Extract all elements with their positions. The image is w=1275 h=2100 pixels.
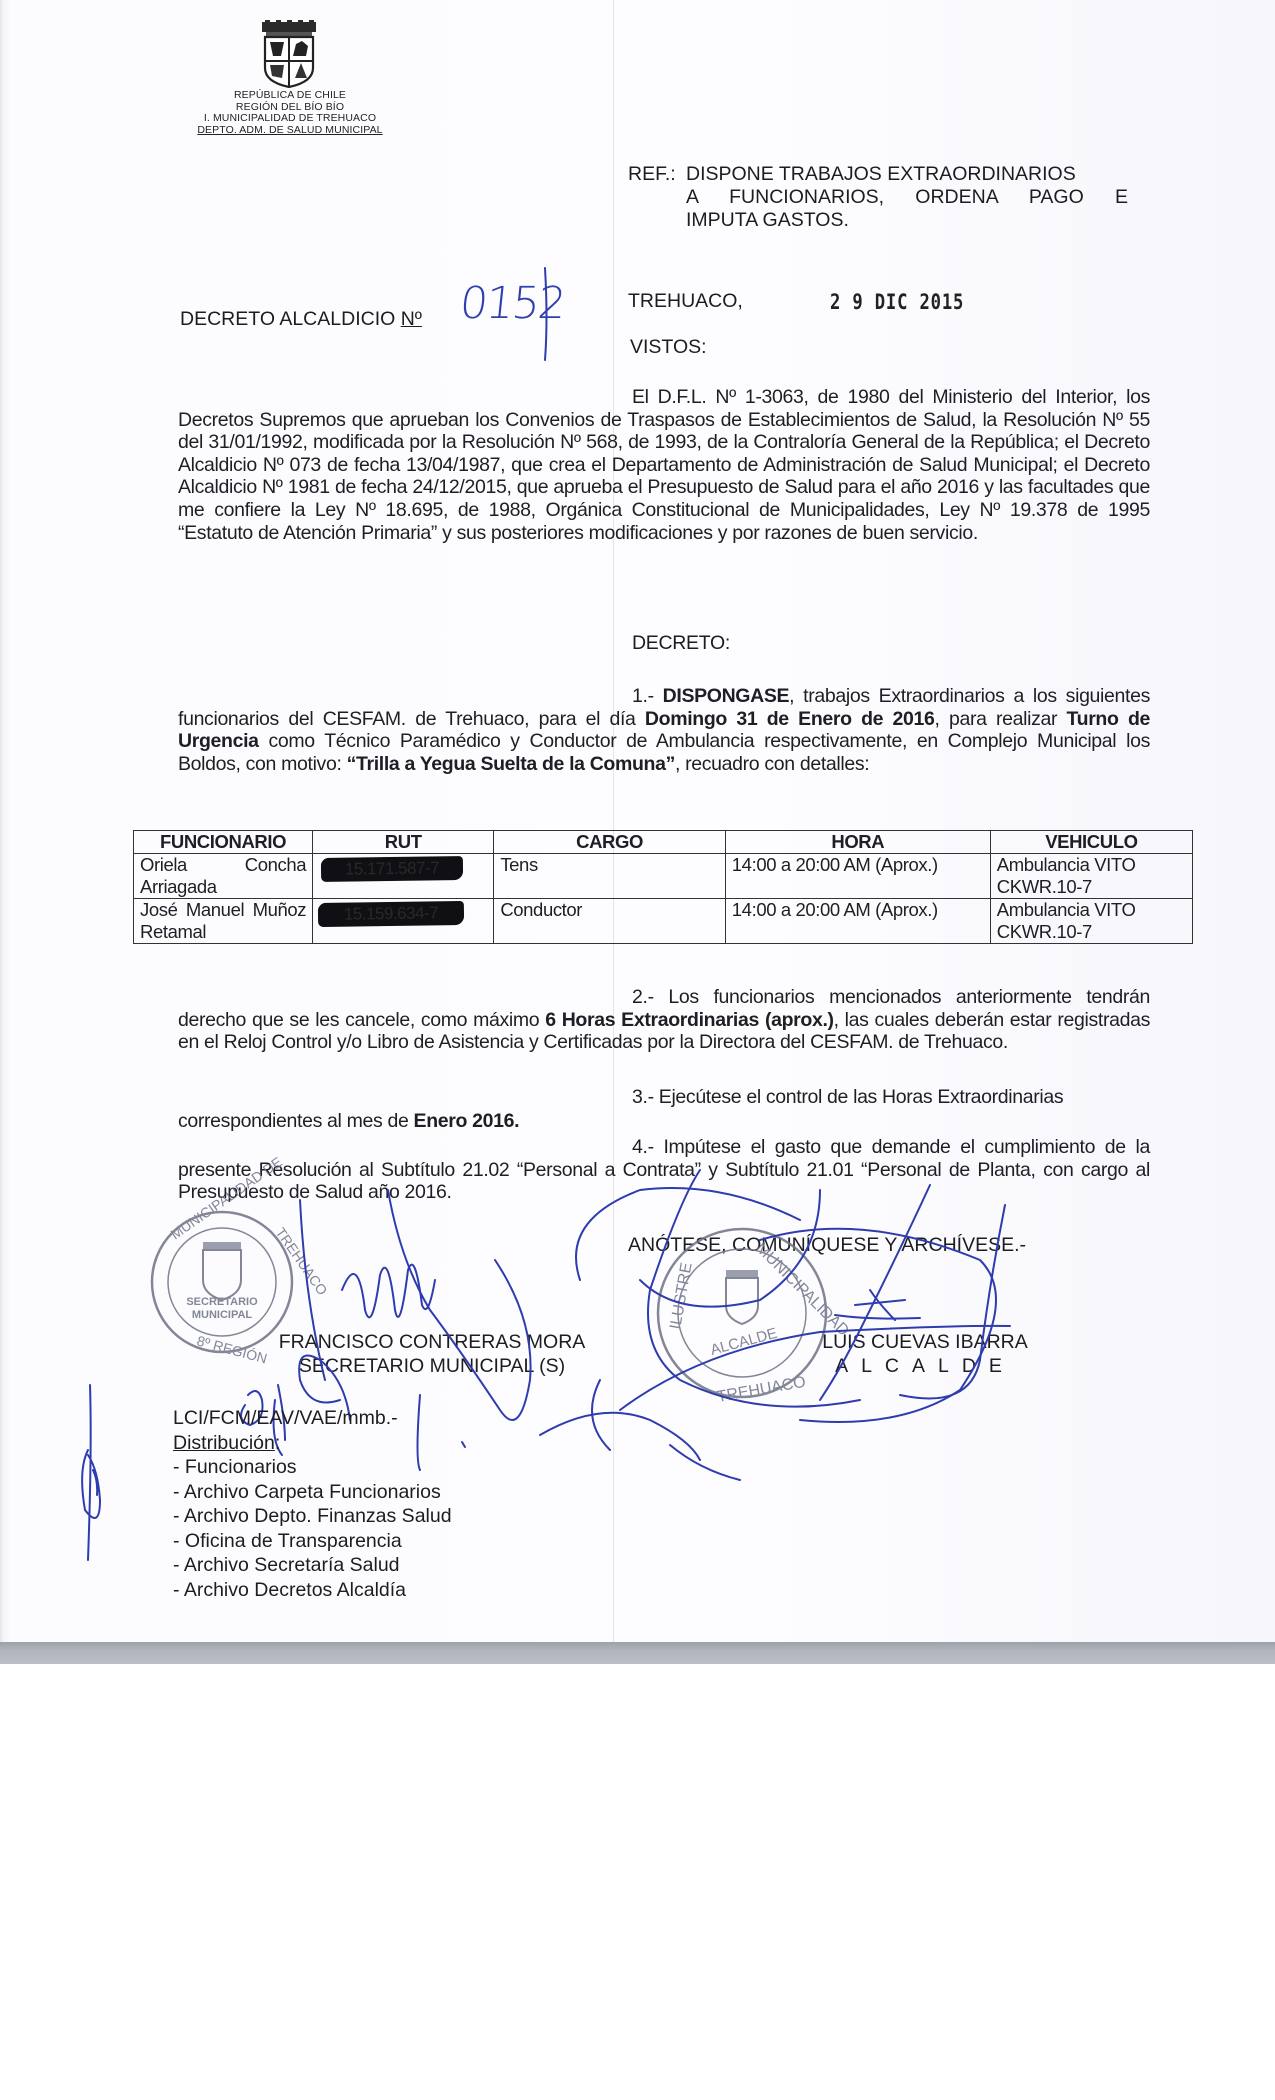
letterhead-line: I. MUNICIPALIDAD DE TREHUACO xyxy=(190,113,390,125)
cell-funcionario: Oriela Concha Arriagada xyxy=(134,854,313,899)
distribution-item: - Archivo Secretaría Salud xyxy=(173,1553,452,1578)
secretary-title: SECRETARIO MUNICIPAL (S) xyxy=(262,1354,602,1378)
page-fold-line xyxy=(613,0,614,1642)
cell-vehiculo: Ambulancia VITO CKWR.10-7 xyxy=(990,854,1192,899)
initials: LCI/FCM/EAV/VAE/mmb.- xyxy=(173,1406,452,1431)
cell-funcionario: José Manuel Muñoz Retamal xyxy=(134,899,313,944)
ref-line: DISPONE TRABAJOS EXTRAORDINARIOS xyxy=(686,163,1128,186)
decree-item-3-continued: correspondientes al mes de Enero 2016. xyxy=(178,1110,1150,1133)
cell-hora: 14:00 a 20:00 AM (Aprox.) xyxy=(725,899,990,944)
ref-line: IMPUTA GASTOS. xyxy=(686,209,1128,232)
mayor-title: ALCALDE xyxy=(790,1354,1060,1378)
column-header: RUT xyxy=(313,831,494,854)
column-header: VEHICULO xyxy=(990,831,1192,854)
cell-rut: 15.171.587-7 xyxy=(313,854,494,899)
cell-hora: 14:00 a 20:00 AM (Aprox.) xyxy=(725,854,990,899)
distribution-item: - Archivo Depto. Finanzas Salud xyxy=(173,1504,452,1529)
decreto-title: DECRETO: xyxy=(632,632,730,655)
letterhead: REPÚBLICA DE CHILE REGIÓN DEL BÍO BÍO I.… xyxy=(190,90,390,136)
decree-number-prefix: Nº xyxy=(401,308,422,330)
decree-item-1: 1.- DISPONGASE, trabajos Extraordinarios… xyxy=(178,685,1150,775)
decree-number: DECRETO ALCALDICIO Nº xyxy=(180,308,422,331)
table-row: José Manuel Muñoz Retamal 15.159.634-7 C… xyxy=(134,899,1193,944)
vistos-paragraph: El D.F.L. Nº 1-3063, de 1980 del Ministe… xyxy=(178,386,1150,544)
letterhead-line: DEPTO. ADM. DE SALUD MUNICIPAL xyxy=(190,125,390,137)
staff-details-table: FUNCIONARIO RUT CARGO HORA VEHICULO Orie… xyxy=(133,830,1193,944)
decree-item-3: 3.- Ejecútese el control de las Horas Ex… xyxy=(178,1086,1150,1109)
scanned-page xyxy=(0,0,1275,1642)
distribution-block: LCI/FCM/EAV/VAE/mmb.- Distribución: - Fu… xyxy=(173,1406,452,1602)
redaction-mark: 15.159.634-7 xyxy=(318,901,464,927)
ref-line: A FUNCIONARIOS, ORDENA PAGO E xyxy=(686,186,1128,209)
column-header: CARGO xyxy=(494,831,725,854)
secretary-signature-block: FRANCISCO CONTRERAS MORA SECRETARIO MUNI… xyxy=(262,1330,602,1378)
date-stamp: 2 9 DIC 2015 xyxy=(830,290,964,314)
mayor-name: LUIS CUEVAS IBARRA xyxy=(790,1330,1060,1354)
distribution-label: Distribución xyxy=(173,1432,275,1454)
decree-item-4: 4.- Impútese el gasto que demande el cum… xyxy=(178,1136,1150,1204)
cell-cargo: Tens xyxy=(494,854,725,899)
reference-block: REF.: DISPONE TRABAJOS EXTRAORDINARIOS A… xyxy=(628,163,1128,232)
cell-cargo: Conductor xyxy=(494,899,725,944)
distribution-item: - Archivo Decretos Alcaldía xyxy=(173,1578,452,1603)
column-header: FUNCIONARIO xyxy=(134,831,313,854)
vistos-title: VISTOS: xyxy=(630,336,707,359)
place: TREHUACO, xyxy=(628,290,743,313)
decree-item-2: 2.- Los funcionarios mencionados anterio… xyxy=(178,986,1150,1054)
secretary-name: FRANCISCO CONTRERAS MORA xyxy=(262,1330,602,1354)
closing-formula: ANÓTESE, COMUNÍQUESE Y ARCHÍVESE.- xyxy=(628,1234,1026,1257)
distribution-item: - Oficina de Transparencia xyxy=(173,1529,452,1554)
redaction-mark: 15.171.587-7 xyxy=(321,856,463,882)
cell-vehiculo: Ambulancia VITO CKWR.10-7 xyxy=(990,899,1192,944)
distribution-item: - Funcionarios xyxy=(173,1455,452,1480)
letterhead-line: REPÚBLICA DE CHILE xyxy=(190,90,390,102)
cell-rut: 15.159.634-7 xyxy=(313,899,494,944)
distribution-item: - Archivo Carpeta Funcionarios xyxy=(173,1480,452,1505)
mayor-signature-block: LUIS CUEVAS IBARRA ALCALDE xyxy=(790,1330,1060,1378)
table-row: Oriela Concha Arriagada 15.171.587-7 Ten… xyxy=(134,854,1193,899)
column-header: HORA xyxy=(725,831,990,854)
handwritten-decree-number: 0152 xyxy=(457,278,566,329)
scanner-edge-band xyxy=(0,1642,1275,1664)
decree-label: DECRETO ALCALDICIO xyxy=(180,308,395,330)
ref-label: REF.: xyxy=(628,163,686,186)
municipal-coat-of-arms-icon xyxy=(256,20,322,88)
